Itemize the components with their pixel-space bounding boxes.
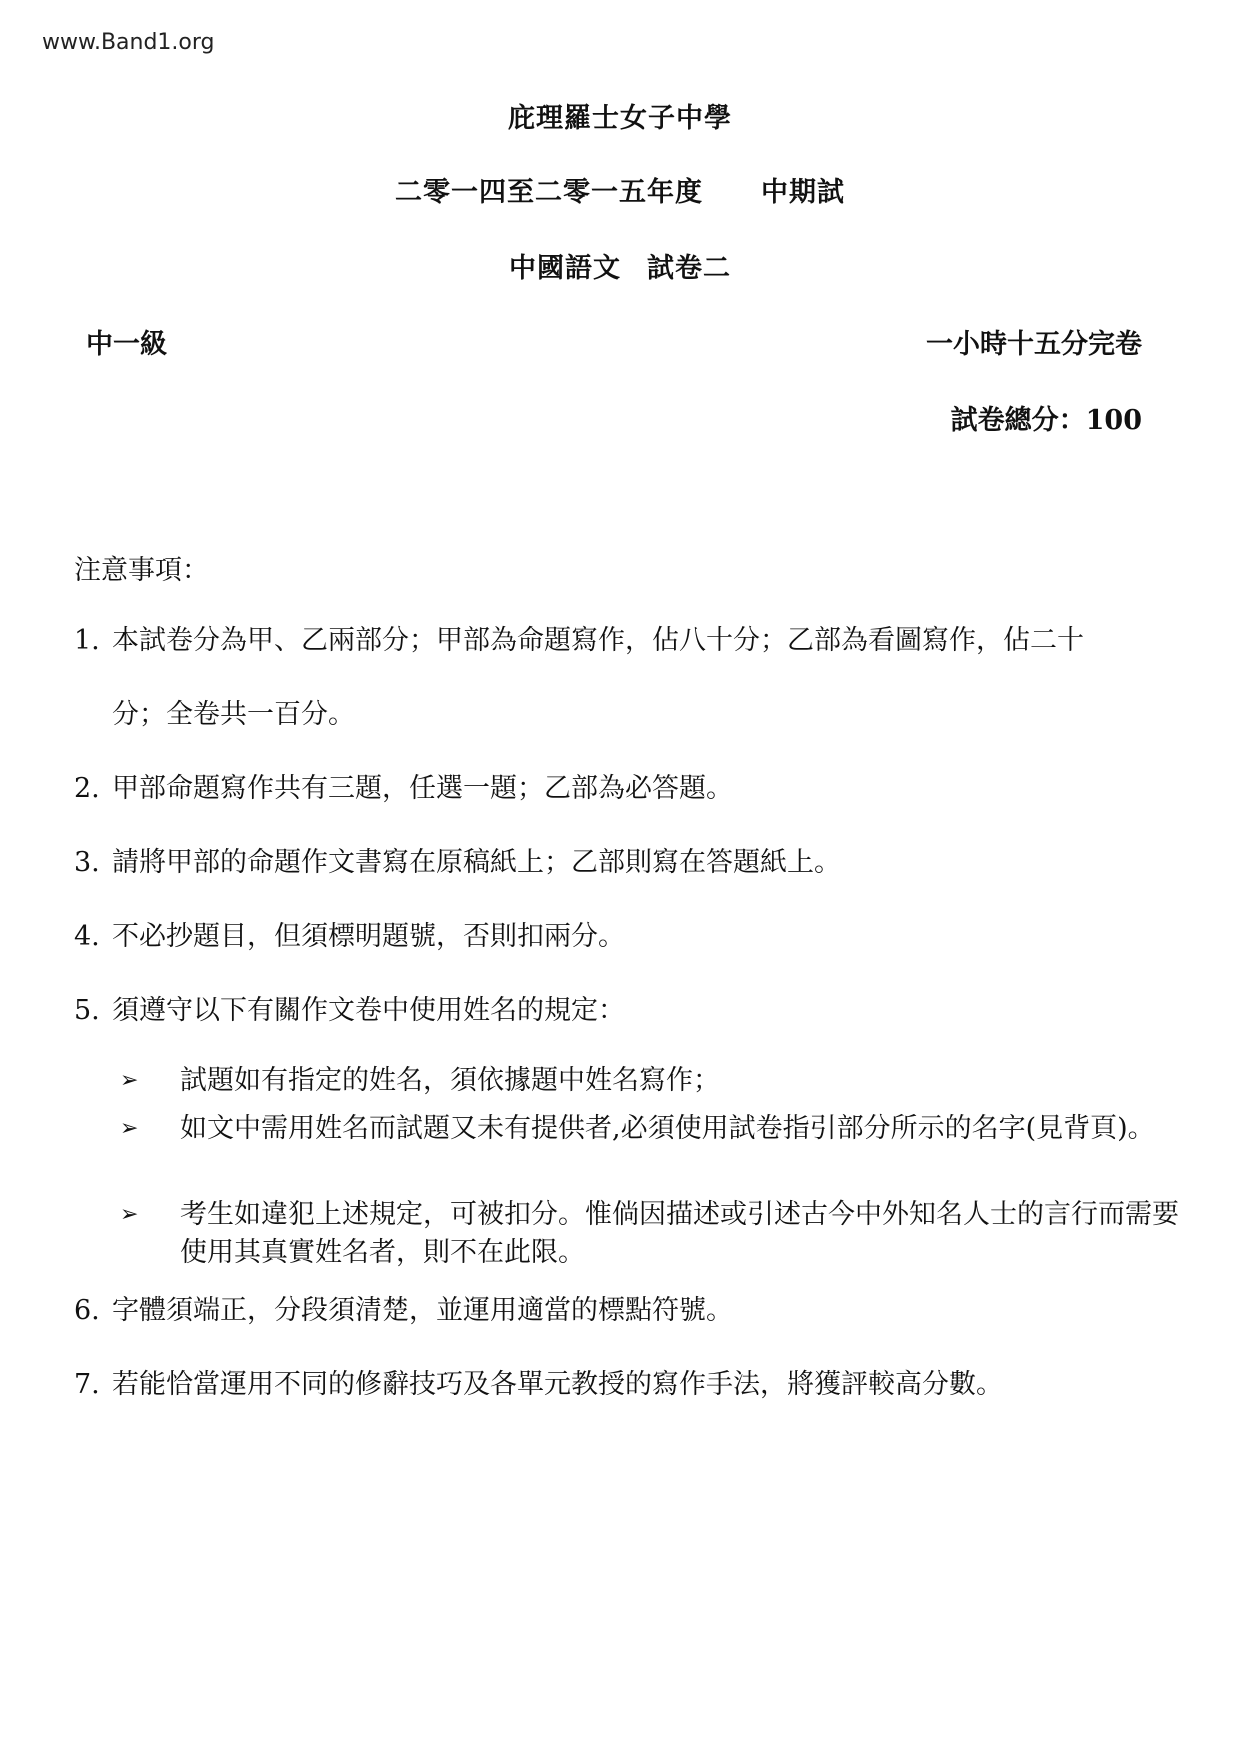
- school-year: 二零一四至二零一五年度: [395, 177, 703, 208]
- exam-duration: 一小時十五分完卷: [926, 322, 1142, 361]
- notice-heading: 注意事項：: [74, 548, 209, 587]
- item-text: 不必抄題目，但須標明題號，否則扣兩分。: [112, 921, 625, 952]
- item-number: 2.: [74, 752, 112, 826]
- item-number: 7.: [74, 1348, 112, 1422]
- sub-item-text: 考生如違犯上述規定，可被扣分。惟倘因描述或引述古今中外知名人士的言行而需要使用其…: [120, 1196, 1180, 1272]
- item-number: 1.: [74, 604, 112, 678]
- total-marks: 試卷總分：100: [951, 398, 1142, 437]
- paper-number: 試卷二: [647, 253, 731, 284]
- grade-level: 中一級: [86, 322, 167, 361]
- exam-name: 中期試: [761, 177, 845, 208]
- notice-item-6: 6.字體須端正，分段須清楚，並運用適當的標點符號。: [74, 1274, 1184, 1348]
- paper-title: 中國語文試卷二: [0, 246, 1240, 285]
- item-number: 6.: [74, 1274, 112, 1348]
- watermark-url: www.Band1.org: [42, 30, 215, 55]
- item-text: 請將甲部的命題作文書寫在原稿紙上；乙部則寫在答題紙上。: [112, 847, 841, 878]
- subject-name: 中國語文: [509, 253, 621, 284]
- item-text: 甲部命題寫作共有三題，任選一題；乙部為必答題。: [112, 773, 733, 804]
- item-number: 3.: [74, 826, 112, 900]
- item-text: 須遵守以下有關作文卷中使用姓名的規定：: [112, 995, 625, 1026]
- sub-item-1: ➢ 試題如有指定的姓名，須依據題中姓名寫作；: [120, 1062, 1180, 1100]
- school-name: 庇理羅士女子中學: [0, 96, 1240, 135]
- notice-item-5: 5.須遵守以下有關作文卷中使用姓名的規定：: [74, 974, 1184, 1048]
- arrow-bullet-icon: ➢: [120, 1110, 138, 1148]
- item-number: 5.: [74, 974, 112, 1048]
- sub-item-2: ➢ 如文中需用姓名而試題又未有提供者,必須使用試卷指引部分所示的名字(見背頁)。: [120, 1110, 1180, 1148]
- notice-item-7: 7.若能恰當運用不同的修辭技巧及各單元教授的寫作手法，將獲評較高分數。: [74, 1348, 1184, 1422]
- notice-item-3: 3.請將甲部的命題作文書寫在原稿紙上；乙部則寫在答題紙上。: [74, 826, 1184, 900]
- arrow-bullet-icon: ➢: [120, 1196, 138, 1234]
- notice-item-2: 2.甲部命題寫作共有三題，任選一題；乙部為必答題。: [74, 752, 1184, 826]
- item-text: 字體須端正，分段須清楚，並運用適當的標點符號。: [112, 1295, 733, 1326]
- notice-item-1: 1.本試卷分為甲、乙兩部分；甲部為命題寫作，佔八十分；乙部為看圖寫作，佔二十 分…: [74, 604, 1184, 752]
- sub-item-3: ➢ 考生如違犯上述規定，可被扣分。惟倘因描述或引述古今中外知名人士的言行而需要使…: [120, 1196, 1180, 1272]
- notice-item-4: 4.不必抄題目，但須標明題號，否則扣兩分。: [74, 900, 1184, 974]
- item-text-continued: 分；全卷共一百分。: [74, 678, 1184, 752]
- item-number: 4.: [74, 900, 112, 974]
- sub-item-text: 如文中需用姓名而試題又未有提供者,必須使用試卷指引部分所示的名字(見背頁)。: [120, 1110, 1180, 1148]
- item-text: 若能恰當運用不同的修辭技巧及各單元教授的寫作手法，將獲評較高分數。: [112, 1369, 1003, 1400]
- item-text: 本試卷分為甲、乙兩部分；甲部為命題寫作，佔八十分；乙部為看圖寫作，佔二十: [112, 625, 1084, 656]
- exam-period: 二零一四至二零一五年度中期試: [0, 170, 1240, 209]
- arrow-bullet-icon: ➢: [120, 1062, 138, 1100]
- sub-item-text: 試題如有指定的姓名，須依據題中姓名寫作；: [120, 1062, 1180, 1100]
